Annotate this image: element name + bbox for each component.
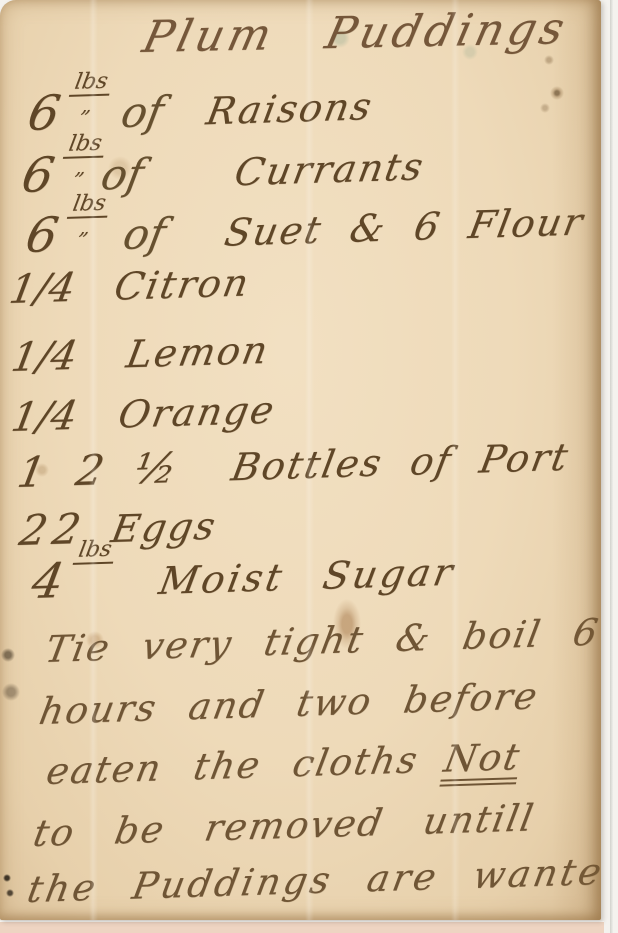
scanner-edge — [610, 0, 613, 933]
instruction-line-5: the Puddings are wanted — [24, 849, 601, 911]
ingredient-item: Moist Sugar — [156, 550, 459, 603]
unit-stack: lbs„ — [59, 134, 107, 178]
ingredient-line-lemon: 1/4Lemon — [8, 328, 273, 380]
ingredient-item: Suet & 6 Flour — [221, 200, 588, 255]
instruction-line-3: eaten the clothsNot — [42, 735, 525, 799]
recipe-paper: Plum Puddings 6lbs„ofRaisons 6lbs„ofCurr… — [0, 0, 601, 920]
ingredient-item: Lemon — [123, 328, 273, 376]
ingredient-item: Bottles of Port Wine — [228, 431, 601, 490]
ingredient-connector: of — [120, 209, 170, 259]
ingredient-item: Orange — [115, 388, 279, 437]
unit-stack: lbs„ — [65, 72, 113, 116]
ingredient-qty: 1/4 — [8, 393, 81, 441]
ingredient-line-orange: 1/4Orange — [8, 388, 279, 440]
instruction-line-1: Tie very tight & boil 6 — [42, 611, 601, 671]
ditto-mark: „ — [63, 217, 107, 237]
ingredient-qty: 6 — [24, 85, 65, 142]
ingredient-qty: 1 2 ½ — [14, 443, 181, 497]
scanned-recipe-page: Plum Puddings 6lbs„ofRaisons 6lbs„ofCurr… — [0, 0, 618, 933]
recipe-title: Plum Puddings — [138, 3, 573, 63]
unit-stack: lbs — [72, 540, 117, 565]
ingredient-item: Raisons — [203, 84, 377, 133]
ingredient-qty: 6 — [22, 207, 63, 264]
ingredient-item: Citron — [111, 261, 254, 309]
ditto-mark: „ — [65, 95, 109, 115]
ingredient-line-port-wine: 1 2 ½Bottles of Port Wine — [14, 431, 601, 496]
ditto-mark: „ — [59, 157, 103, 177]
ingredient-line-moist-sugar: 4lbsMoist Sugar — [28, 545, 460, 607]
ingredient-connector: of — [118, 87, 168, 137]
ingredient-line-suet-flour: 6lbs„ofSuet & 6 Flour — [22, 195, 589, 262]
instruction-line-4: to be removed untill — [30, 796, 538, 855]
ingredient-qty: 1/4 — [8, 333, 81, 381]
ingredient-item: Eggs — [108, 504, 220, 551]
instruction-line-3-text: eaten the cloths — [43, 738, 422, 793]
instruction-line-2: hours and two before — [36, 674, 542, 733]
ingredient-item: Currants — [231, 144, 428, 194]
instruction-emphasized-word: Not — [440, 738, 524, 786]
ingredient-line-eggs: 22Eggs — [16, 504, 221, 554]
ingredient-line-citron: 1/4Citron — [6, 261, 254, 312]
ingredient-qty: 4 — [27, 553, 68, 610]
unit-label: lbs — [72, 540, 117, 565]
next-page-strip — [0, 922, 604, 933]
ingredient-qty: 1/4 — [6, 265, 79, 313]
unit-stack: lbs„ — [63, 194, 111, 238]
ingredient-qty: 6 — [18, 147, 59, 204]
